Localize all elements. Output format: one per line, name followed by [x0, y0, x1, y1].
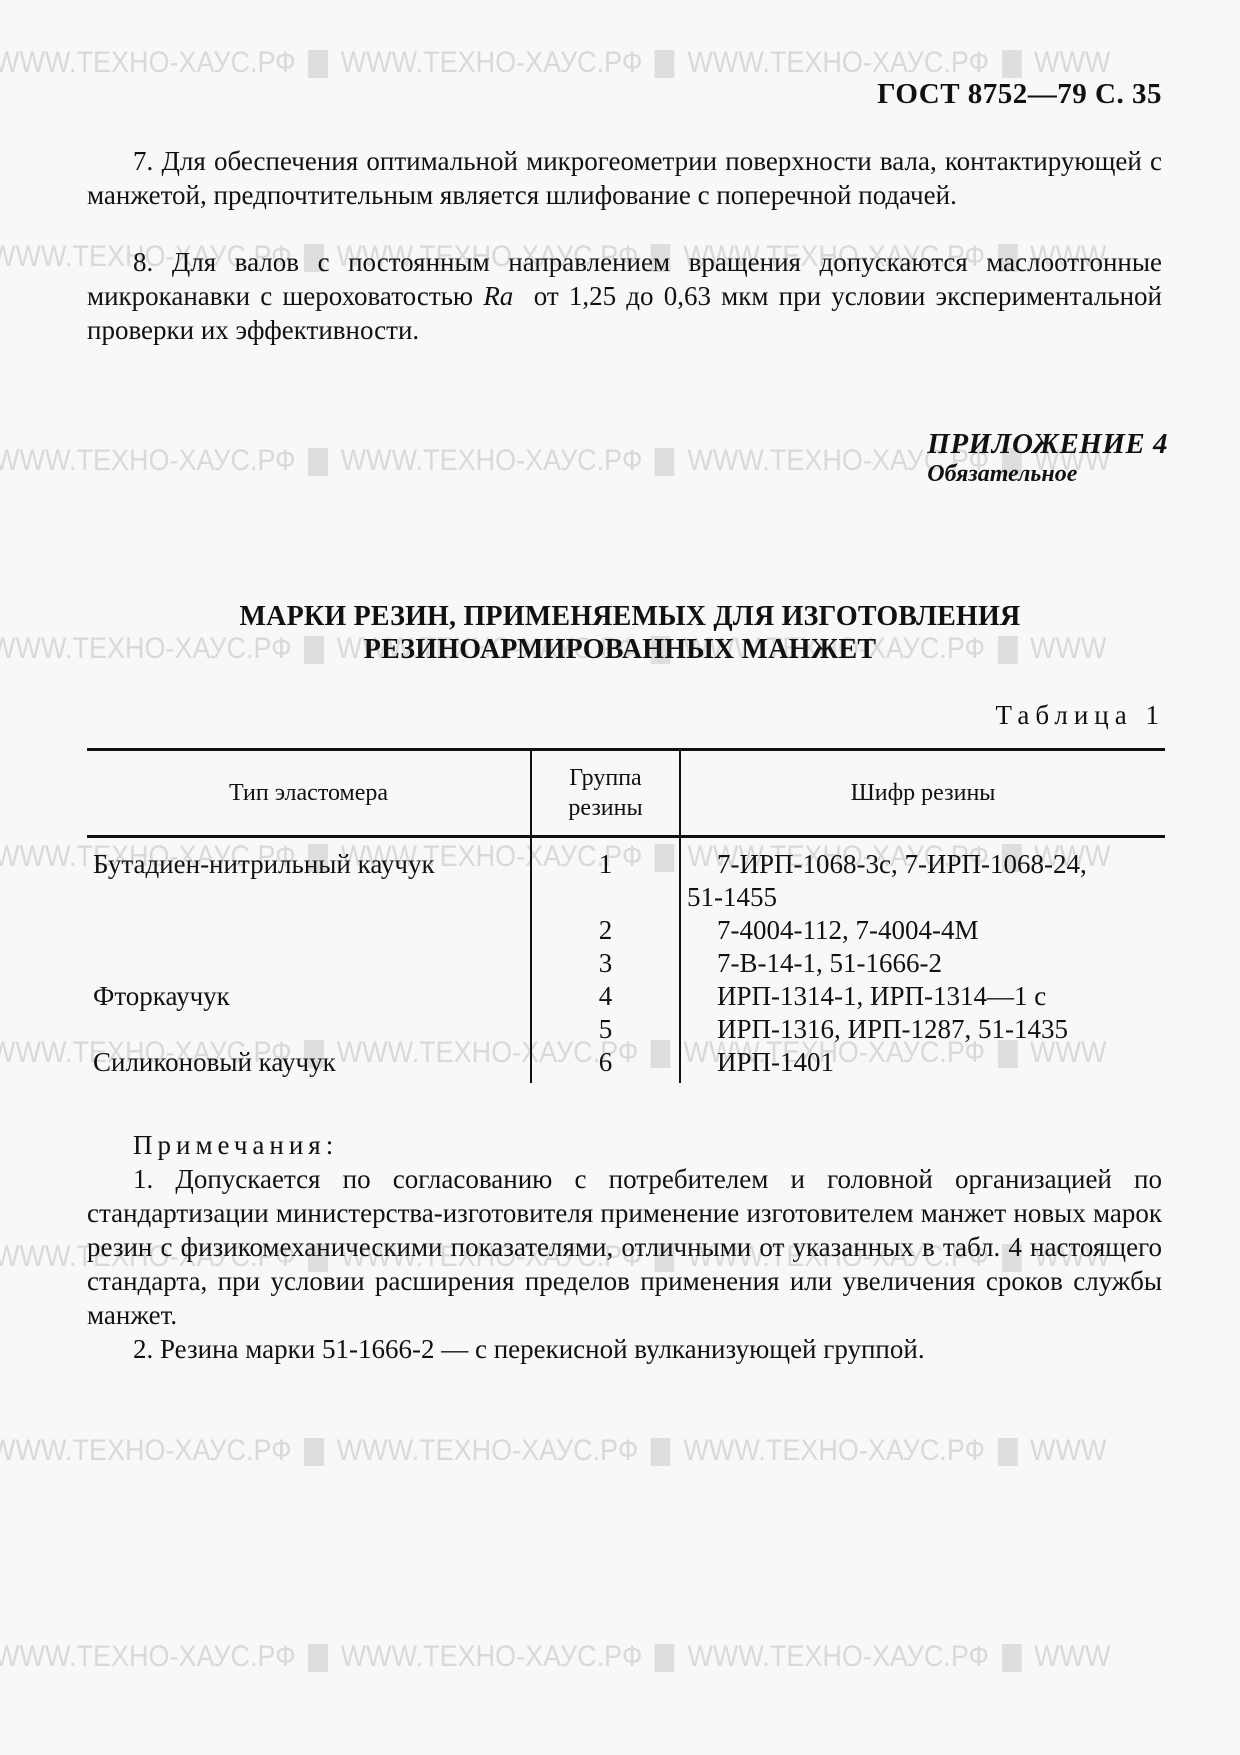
- table-body: Бутадиен-нитрильный каучукФторкаучукСили…: [87, 838, 1165, 1083]
- watermark-row: WWW.ТЕХНО-ХАУС.РФWWW.ТЕХНО-ХАУС.РФWWW.ТЕ…: [0, 1434, 1106, 1474]
- cell-elastomer: [87, 1013, 530, 1046]
- cell-group: 1: [532, 848, 679, 881]
- column-group: 123456: [530, 838, 681, 1083]
- cell-group: 4: [532, 980, 679, 1013]
- notes-section: Примечания: 1. Допускается по согласован…: [87, 1128, 1162, 1366]
- appendix-title: ПРИЛОЖЕНИЕ 4: [927, 428, 1168, 461]
- cell-elastomer: [87, 947, 530, 980]
- cell-code: 7-ИРП-1068-3с, 7-ИРП-1068-24,: [681, 848, 1165, 881]
- cell-elastomer: Бутадиен-нитрильный каучук: [87, 848, 530, 881]
- paragraph-text: Для обеспечения оптимальной микрогеометр…: [87, 146, 1162, 210]
- column-header-code: Шифр резины: [681, 751, 1165, 835]
- section-title: МАРКИ РЕЗИН, ПРИМЕНЯЕМЫХ ДЛЯ ИЗГОТОВЛЕНИ…: [0, 600, 1240, 666]
- cell-code: 7-В-14-1, 51-1666-2: [681, 947, 1165, 980]
- note-item: 2. Резина марки 51-1666-2 — с перекисной…: [87, 1332, 1162, 1366]
- page-header: ГОСТ 8752—79 С. 35: [877, 78, 1162, 111]
- watermark-logo-icon: [655, 50, 675, 78]
- cell-code: 7-4004-112, 7-4004-4М: [681, 914, 1165, 947]
- cell-group: [532, 881, 679, 914]
- watermark-logo-icon: [1002, 1644, 1022, 1672]
- watermark-logo-icon: [998, 1438, 1018, 1466]
- watermark-logo-icon: [1002, 50, 1022, 78]
- watermark-logo-icon: [651, 1438, 671, 1466]
- column-codes: 7-ИРП-1068-3с, 7-ИРП-1068-24,51-14557-40…: [681, 838, 1165, 1083]
- table-label: Таблица 1: [996, 700, 1165, 731]
- watermark-logo-icon: [655, 448, 675, 476]
- table-header: Тип эластомера Группа резины Шифр резины: [87, 751, 1165, 835]
- paragraph-number: 8.: [133, 247, 153, 277]
- cell-elastomer: Силиконовый каучук: [87, 1046, 530, 1079]
- watermark-logo-icon: [308, 448, 328, 476]
- column-header-elastomer: Тип эластомера: [87, 751, 530, 835]
- cell-code: ИРП-1316, ИРП-1287, 51-1435: [681, 1013, 1165, 1046]
- section-title-line: РЕЗИНОАРМИРОВАННЫХ МАНЖЕТ: [0, 633, 1240, 666]
- cell-elastomer: Фторкаучук: [87, 980, 530, 1013]
- paragraph-8: 8. Для валов с постоянным направлением в…: [87, 245, 1162, 347]
- rubber-grades-table: Тип эластомера Группа резины Шифр резины…: [87, 748, 1165, 1083]
- cell-group: 6: [532, 1046, 679, 1079]
- watermark-logo-icon: [308, 1644, 328, 1672]
- paragraph-7: 7. Для обеспечения оптимальной микрогеом…: [87, 144, 1162, 212]
- column-elastomer: Бутадиен-нитрильный каучукФторкаучукСили…: [87, 838, 530, 1083]
- cell-elastomer: [87, 881, 530, 914]
- notes-title: Примечания:: [87, 1128, 1162, 1162]
- column-header-group: Группа резины: [530, 751, 681, 835]
- watermark-logo-icon: [308, 50, 328, 78]
- watermark-row: WWW.ТЕХНО-ХАУС.РФWWW.ТЕХНО-ХАУС.РФWWW.ТЕ…: [0, 1640, 1110, 1680]
- watermark-logo-icon: [655, 1644, 675, 1672]
- appendix-status: Обязательное: [927, 461, 1168, 488]
- roughness-symbol: Ra: [483, 281, 513, 311]
- cell-code: ИРП-1314-1, ИРП-1314—1 с: [681, 980, 1165, 1013]
- appendix-heading: ПРИЛОЖЕНИЕ 4 Обязательное: [927, 428, 1168, 488]
- watermark-logo-icon: [304, 1438, 324, 1466]
- section-title-line: МАРКИ РЕЗИН, ПРИМЕНЯЕМЫХ ДЛЯ ИЗГОТОВЛЕНИ…: [20, 600, 1240, 633]
- note-item: 1. Допускается по согласованию с потреби…: [87, 1162, 1162, 1332]
- cell-group: 3: [532, 947, 679, 980]
- cell-group: 5: [532, 1013, 679, 1046]
- paragraph-number: 7.: [133, 146, 153, 176]
- cell-elastomer: [87, 914, 530, 947]
- cell-code: 51-1455: [681, 881, 1165, 914]
- cell-group: 2: [532, 914, 679, 947]
- cell-code: ИРП-1401: [681, 1046, 1165, 1079]
